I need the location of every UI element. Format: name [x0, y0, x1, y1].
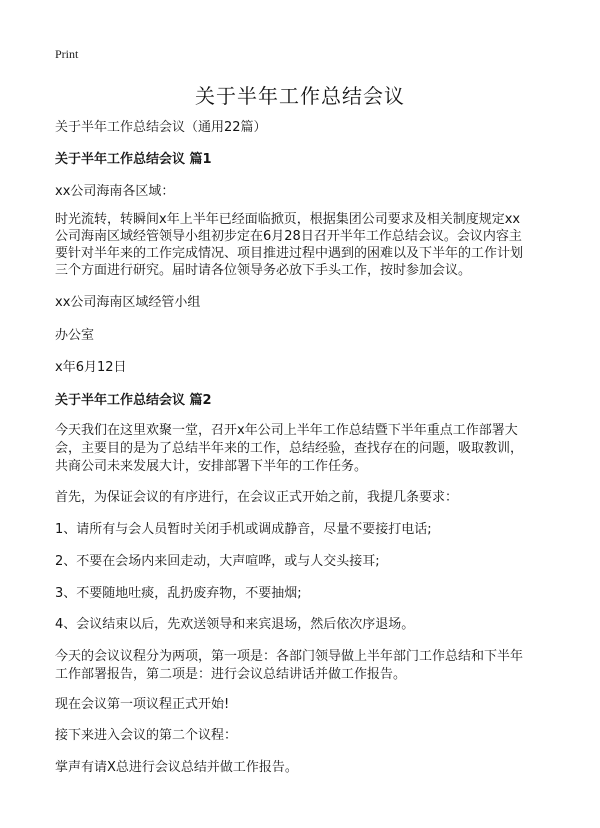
- section-1-heading: 关于半年工作总结会议 篇1: [55, 152, 212, 168]
- requirement-item: 4、会议结束以后，先欢送领导和来宾退场，然后依次序退场。: [55, 617, 414, 633]
- closing-line-3: 掌声有请X总进行会议总结并做工作报告。: [55, 760, 298, 776]
- body-line: 公司海南区域经管领导小组初步定在6月28日召开半年工作总结会议。会议内容主: [55, 229, 522, 245]
- intro-line: 今天我们在这里欢聚一堂，召开x年公司上半年工作总结暨下半年重点工作部署大: [55, 423, 518, 439]
- section-1-date: x年6月12日: [55, 360, 127, 376]
- section-1-signature: xx公司海南区域经管小组: [55, 295, 200, 311]
- section-2-heading: 关于半年工作总结会议 篇2: [55, 393, 212, 409]
- agenda-line: 今天的会议议程分为两项，第一项是：各部门领导做上半年部门工作总结和下半年: [55, 649, 523, 665]
- requirement-item: 3、不要随地吐痰，乱扔废弃物，不要抽烟;: [55, 586, 302, 602]
- agenda-line: 工作部署报告，第二项是：进行会议总结讲话并做工作报告。: [55, 667, 406, 683]
- print-label[interactable]: Print: [55, 47, 78, 62]
- intro-line: 共商公司未来发展大计，安排部署下半年的工作任务。: [55, 459, 367, 475]
- requirements-intro: 首先，为保证会议的有序进行，在会议正式开始之前，我提几条要求：: [55, 490, 458, 506]
- closing-line-2: 接下来进入会议的第二个议程：: [55, 728, 237, 744]
- document-subtitle: 关于半年工作总结会议（通用22篇）: [55, 120, 267, 136]
- section-1-department: 办公室: [55, 328, 94, 344]
- requirement-item: 1、请所有与会人员暂时关闭手机或调成静音，尽量不要接打电话;: [55, 522, 432, 538]
- body-line: 三个方面进行研究。届时请各位领导务必放下手头工作，按时参加会议。: [55, 263, 471, 279]
- intro-line: 会，主要目的是为了总结半年来的工作，总结经验，查找存在的问题，吸取教训，: [55, 441, 523, 457]
- body-line: 时光流转，转瞬间x年上半年已经面临掀页，根据集团公司要求及相关制度规定xx: [55, 212, 520, 228]
- closing-line-1: 现在会议第一项议程正式开始!: [55, 697, 229, 713]
- requirement-item: 2、不要在会场内来回走动，大声喧哗，或与人交头接耳;: [55, 554, 380, 570]
- section-1-salutation: xx公司海南各区域：: [55, 184, 174, 200]
- body-line: 要针对半年来的工作完成情况、项目推进过程中遇到的困难以及下半年的工作计划: [55, 246, 523, 262]
- document-title: 关于半年工作总结会议: [0, 80, 600, 109]
